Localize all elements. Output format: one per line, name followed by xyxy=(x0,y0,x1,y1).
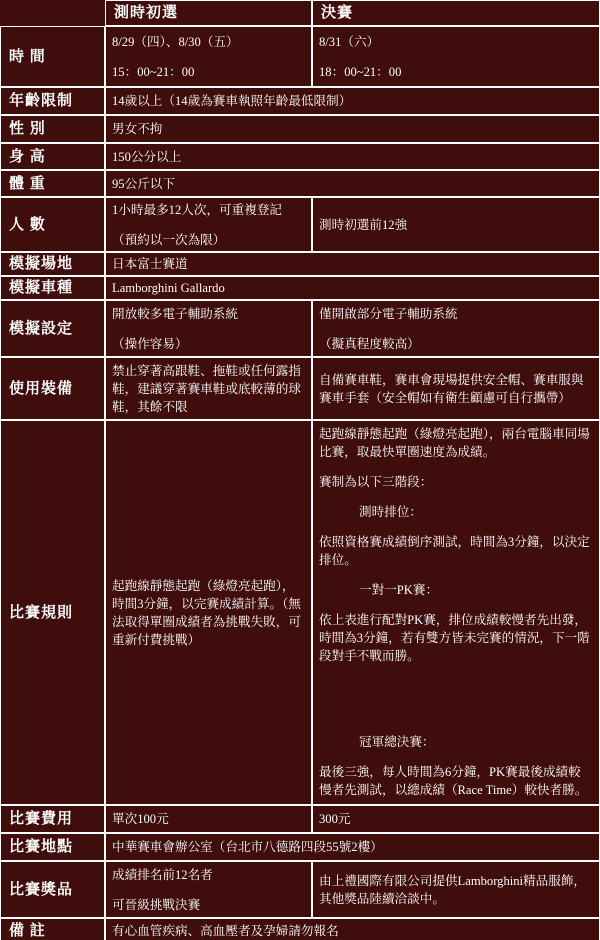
blank-gap xyxy=(319,677,593,733)
prizes-prelim-line2: 可晉級挑戰決賽 xyxy=(112,896,305,914)
row-people: 人 數 1小時最多12人次，可重複登記 （預約以一次為限） 測時初選前12強 xyxy=(0,197,600,252)
time-final-dates: 8/31（六） xyxy=(319,33,593,51)
rules-final-stage3-title: 冠軍總決賽： xyxy=(319,733,593,751)
rules-final-stages: 賽制為以下三階段： xyxy=(319,473,593,491)
rules-final-stage3-desc: 最後三強，每人時間為6分鐘，PK賽最後成績較慢者先測試，以總成績（Race Ti… xyxy=(319,763,593,799)
people-prelim-line2: （預約以一次為限） xyxy=(112,231,305,249)
row-prizes: 比賽獎品 成績排名前12名者 可晉級挑戰決賽 由上禮國際有限公司提供Lambor… xyxy=(0,861,600,918)
settings-label: 模擬設定 xyxy=(0,300,105,357)
location-label: 比賽地點 xyxy=(0,833,105,861)
corner-cell xyxy=(0,0,105,26)
rules-final-stage1-title: 測時排位： xyxy=(319,503,593,521)
notes-label: 備 註 xyxy=(0,918,105,940)
car-label: 模擬車種 xyxy=(0,276,105,300)
row-car: 模擬車種 Lamborghini Gallardo xyxy=(0,276,600,300)
time-label: 時 間 xyxy=(0,26,105,87)
row-settings: 模擬設定 開放較多電子輔助系統 （操作容易） 僅開啟部分電子輔助系統 （擬真程度… xyxy=(0,300,600,357)
age-label: 年齡限制 xyxy=(0,87,105,115)
row-height: 身 高 150公分以上 xyxy=(0,143,600,170)
time-prelim-dates: 8/29（四）、8/30（五） xyxy=(112,33,305,51)
row-location: 比賽地點 中華賽車會辦公室（台北市八德路四段55號2樓） xyxy=(0,833,600,861)
gender-value: 男女不拘 xyxy=(105,115,600,143)
prizes-label: 比賽獎品 xyxy=(0,861,105,918)
row-notes: 備 註 有心血管疾病、高血壓者及孕婦請勿報名 xyxy=(0,918,600,940)
rules-final-stage1-desc: 依照資格賽成績倒序測試，時間為3分鐘，以決定排位。 xyxy=(319,533,593,569)
row-equipment: 使用裝備 禁止穿著高跟鞋、拖鞋或任何露指鞋，建議穿著賽車鞋或底較薄的球鞋，其餘不… xyxy=(0,357,600,420)
row-fee: 比賽費用 單次100元 300元 xyxy=(0,805,600,833)
rules-final-start: 起跑線靜態起跑（綠燈亮起跑），兩台電腦車同場比賽，取最快單圈速度為成績。 xyxy=(319,425,593,461)
time-final-hours: 18：00~21：00 xyxy=(319,63,593,81)
row-gender: 性 別 男女不拘 xyxy=(0,115,600,143)
time-prelim-cell: 8/29（四）、8/30（五） 15：00~21：00 xyxy=(105,26,312,87)
notes-value: 有心血管疾病、高血壓者及孕婦請勿報名 xyxy=(105,918,600,940)
column-header-prelim: 測時初選 xyxy=(105,0,312,26)
equipment-label: 使用裝備 xyxy=(0,357,105,420)
age-value: 14歲以上（14歲為賽車執照年齡最低限制） xyxy=(105,87,600,115)
rules-final-stage2-title: 一對一PK賽： xyxy=(319,581,593,599)
fee-final-cell: 300元 xyxy=(312,805,600,833)
people-prelim-cell: 1小時最多12人次，可重複登記 （預約以一次為限） xyxy=(105,197,312,252)
people-label: 人 數 xyxy=(0,197,105,252)
column-header-final: 決賽 xyxy=(312,0,600,26)
settings-final-cell: 僅開啟部分電子輔助系統 （擬真程度較高） xyxy=(312,300,600,357)
gender-label: 性 別 xyxy=(0,115,105,143)
settings-prelim-line1: 開放較多電子輔助系統 xyxy=(112,305,305,323)
time-prelim-hours: 15：00~21：00 xyxy=(112,63,305,81)
car-value: Lamborghini Gallardo xyxy=(105,276,600,300)
venue-label: 模擬場地 xyxy=(0,252,105,276)
rules-label: 比賽規則 xyxy=(0,420,105,805)
settings-final-line1: 僅開啟部分電子輔助系統 xyxy=(319,305,593,323)
rules-prelim-cell: 起跑線靜態起跑（綠燈亮起跑），時間3分鐘，以完賽成績計算。（無法取得單圈成績者為… xyxy=(105,420,312,805)
people-prelim-line1: 1小時最多12人次，可重複登記 xyxy=(112,201,305,219)
row-rules: 比賽規則 起跑線靜態起跑（綠燈亮起跑），時間3分鐘，以完賽成績計算。（無法取得單… xyxy=(0,420,600,805)
header-row: 測時初選 決賽 xyxy=(0,0,600,26)
row-weight: 體 重 95公斤以下 xyxy=(0,170,600,197)
equipment-prelim-cell: 禁止穿著高跟鞋、拖鞋或任何露指鞋，建議穿著賽車鞋或底較薄的球鞋，其餘不限 xyxy=(105,357,312,420)
event-info-table: 測時初選 決賽 時 間 8/29（四）、8/30（五） 15：00~21：00 … xyxy=(0,0,600,940)
height-value: 150公分以上 xyxy=(105,143,600,170)
settings-prelim-cell: 開放較多電子輔助系統 （操作容易） xyxy=(105,300,312,357)
venue-value: 日本富士賽道 xyxy=(105,252,600,276)
people-final-cell: 測時初選前12強 xyxy=(312,197,600,252)
prizes-final-cell: 由上禮國際有限公司提供Lamborghini精品服飾，其他獎品陸續洽談中。 xyxy=(312,861,600,918)
row-venue: 模擬場地 日本富士賽道 xyxy=(0,252,600,276)
time-final-cell: 8/31（六） 18：00~21：00 xyxy=(312,26,600,87)
fee-prelim-cell: 單次100元 xyxy=(105,805,312,833)
rules-final-stage2-desc: 依上表進行配對PK賽，排位成績較慢者先出發，時間為3分鐘，若有雙方皆未完賽的情況… xyxy=(319,611,593,665)
rules-final-cell: 起跑線靜態起跑（綠燈亮起跑），兩台電腦車同場比賽，取最快單圈速度為成績。 賽制為… xyxy=(312,420,600,805)
location-value: 中華賽車會辦公室（台北市八德路四段55號2樓） xyxy=(105,833,600,861)
equipment-final-cell: 自備賽車鞋，賽車會現場提供安全帽、賽車服與賽車手套（安全帽如有衛生顧慮可自行攜帶… xyxy=(312,357,600,420)
fee-label: 比賽費用 xyxy=(0,805,105,833)
settings-prelim-line2: （操作容易） xyxy=(112,335,305,353)
prizes-prelim-line1: 成績排名前12名者 xyxy=(112,866,305,884)
settings-final-line2: （擬真程度較高） xyxy=(319,335,593,353)
weight-label: 體 重 xyxy=(0,170,105,197)
row-age: 年齡限制 14歲以上（14歲為賽車執照年齡最低限制） xyxy=(0,87,600,115)
prizes-prelim-cell: 成績排名前12名者 可晉級挑戰決賽 xyxy=(105,861,312,918)
weight-value: 95公斤以下 xyxy=(105,170,600,197)
row-time: 時 間 8/29（四）、8/30（五） 15：00~21：00 8/31（六） … xyxy=(0,26,600,87)
height-label: 身 高 xyxy=(0,143,105,170)
